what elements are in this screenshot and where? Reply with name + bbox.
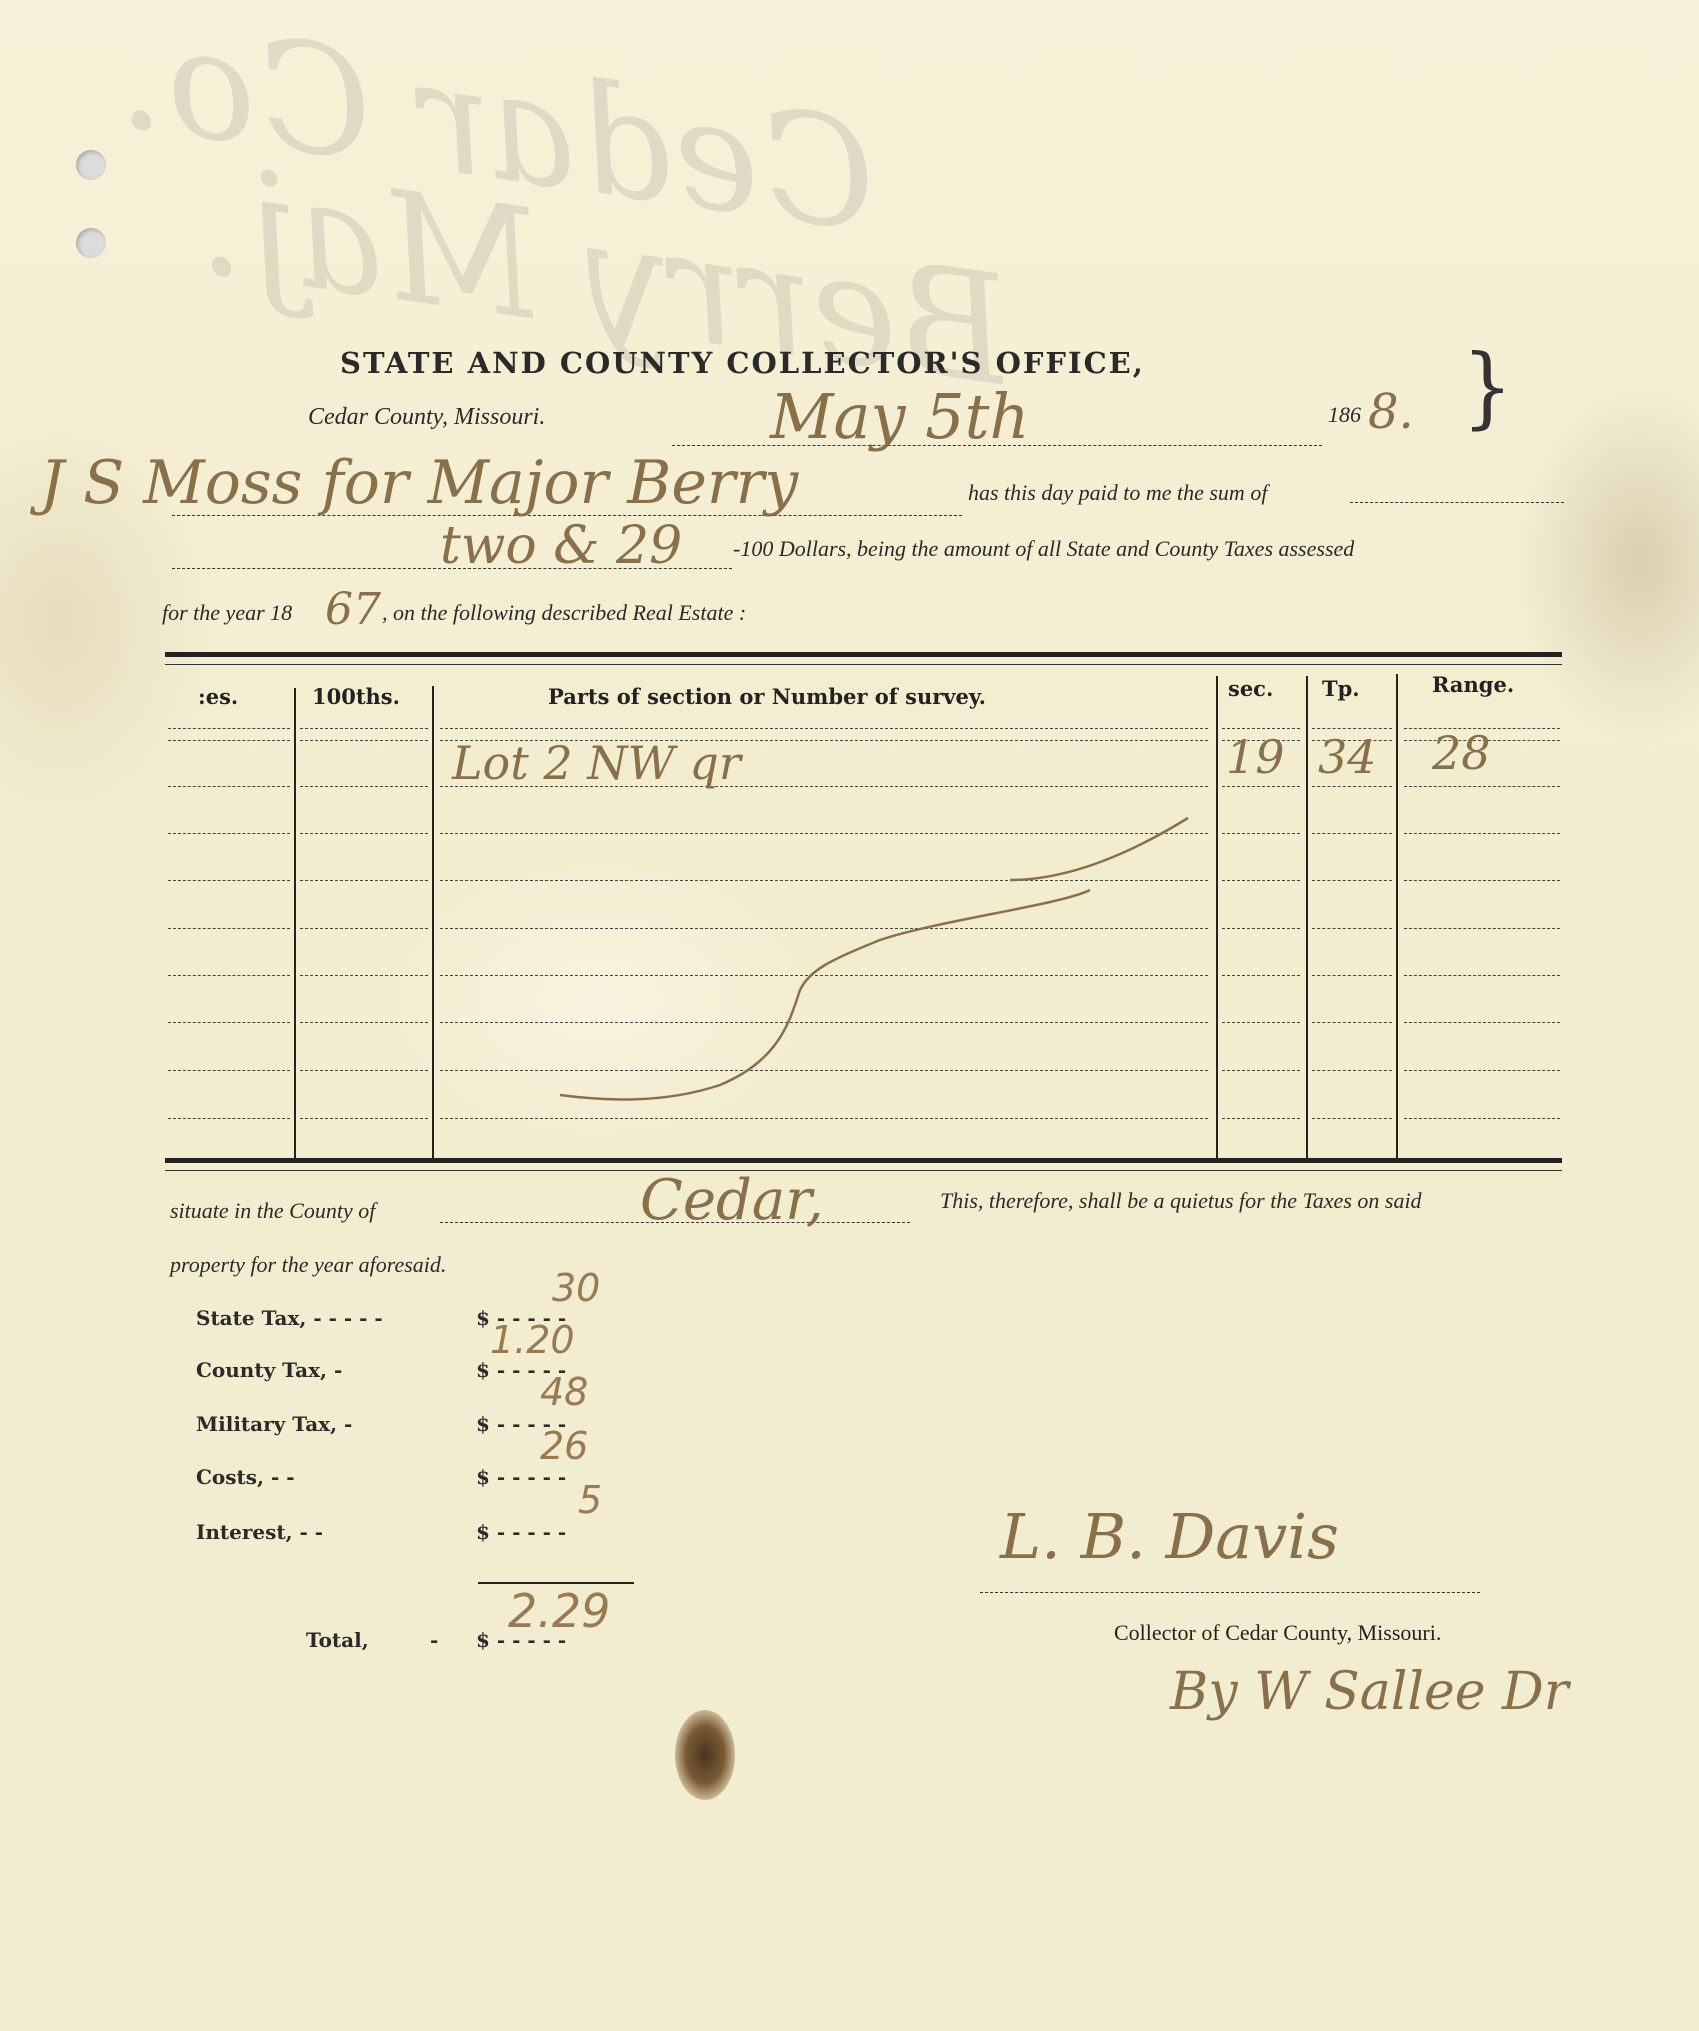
total-dash: - [430, 1628, 438, 1652]
year-prefix: 186 [1328, 402, 1361, 428]
tax-year-handwritten: 67 [325, 584, 381, 635]
table-row-line [300, 786, 428, 787]
signature-underline [980, 1592, 1480, 1593]
col-divider [1306, 676, 1308, 1158]
table-row-line [440, 728, 1208, 729]
tax-dollar-costs: $ - - - - - [476, 1465, 566, 1489]
table-row-line [1222, 928, 1300, 929]
table-row-line [1404, 928, 1560, 929]
table-row-line [1312, 728, 1392, 729]
table-row-line [1312, 1118, 1392, 1119]
amount-words-handwritten: two & 29 [440, 516, 682, 576]
tax-amount-interest: 5 [578, 1478, 602, 1522]
county-handwritten: Cedar, [640, 1168, 824, 1233]
table-row-line [300, 1070, 428, 1071]
table-row-line [1222, 786, 1300, 787]
tax-label-costs: Costs, - - [196, 1465, 295, 1489]
date-handwritten: May 5th [770, 380, 1029, 453]
row-1-tp: 34 [1318, 730, 1377, 784]
row-1-parts: Lot 2 NW qr [452, 736, 741, 790]
col-divider [1396, 674, 1398, 1158]
table-row-line [440, 1118, 1208, 1119]
table-row-line [168, 1022, 290, 1023]
table-row-line [440, 1022, 1208, 1023]
table-row-line [440, 975, 1208, 976]
table-row-line [168, 728, 290, 729]
table-row-line [300, 928, 428, 929]
table-row-line [440, 928, 1208, 929]
table-row-line [1222, 975, 1300, 976]
tax-dollar-interest: $ - - - - - [476, 1520, 566, 1544]
table-row-line [168, 928, 290, 929]
table-row-line [1312, 786, 1392, 787]
sum-underline [1350, 502, 1564, 503]
tax-amount-costs: 26 [540, 1424, 588, 1468]
tax-amount-state: 30 [552, 1266, 600, 1310]
table-row-line [440, 833, 1208, 834]
col-header-tp: Tp. [1322, 676, 1360, 701]
brace-glyph: } [1462, 335, 1513, 437]
table-row-line [300, 728, 428, 729]
collector-title: Collector of Cedar County, Missouri. [1114, 1620, 1441, 1646]
table-row-line [1404, 975, 1560, 976]
table-row-line [1404, 786, 1560, 787]
binder-hole-top [76, 150, 106, 180]
col-header-sec: sec. [1228, 676, 1273, 701]
table-row-line [300, 833, 428, 834]
row-1-sec: 19 [1226, 730, 1285, 784]
table-row-line [1312, 975, 1392, 976]
table-row-line [168, 740, 290, 741]
table-row-line [168, 833, 290, 834]
table-row-line [440, 880, 1208, 881]
table-row-line [1404, 1118, 1560, 1119]
table-row-line [1404, 1070, 1560, 1071]
table-row-line [1222, 1022, 1300, 1023]
binder-hole-bottom [76, 228, 106, 258]
ink-stain [675, 1710, 735, 1800]
table-top-thin-rule [165, 664, 1562, 665]
table-row-line [300, 740, 428, 741]
table-row-line [1404, 1022, 1560, 1023]
table-bottom-rule [165, 1158, 1562, 1163]
tax-year-suffix: , on the following described Real Estate… [382, 600, 746, 626]
payer-handwritten: J S Moss for Major Berry [40, 448, 798, 518]
table-row-line [168, 880, 290, 881]
table-row-line [300, 1118, 428, 1119]
table-row-line [1404, 833, 1560, 834]
table-row-line [1312, 1022, 1392, 1023]
table-row-line [168, 1118, 290, 1119]
total-label: Total, [306, 1628, 369, 1652]
table-row-line [1404, 880, 1560, 881]
tax-label-county: County Tax, - [196, 1358, 342, 1382]
tax-label-military: Military Tax, - [196, 1412, 352, 1436]
office-title: STATE AND COUNTY COLLECTOR'S OFFICE, [340, 346, 1145, 380]
amount-suffix-text: -100 Dollars, being the amount of all St… [733, 536, 1354, 562]
table-row-line [440, 1070, 1208, 1071]
col-header-acres: :es. [198, 684, 238, 709]
tax-amount-military: 48 [540, 1370, 588, 1414]
table-bottom-thin-rule [165, 1170, 1562, 1171]
table-row-line [1312, 1070, 1392, 1071]
table-row-line [1312, 928, 1392, 929]
situate-prefix: situate in the County of [170, 1198, 375, 1224]
col-header-parts: Parts of section or Number of survey. [548, 684, 986, 709]
tax-label-interest: Interest, - - [196, 1520, 323, 1544]
table-row-line [168, 786, 290, 787]
table-row-line [300, 880, 428, 881]
situate-line2: property for the year aforesaid. [170, 1252, 446, 1278]
tax-label-state: State Tax, - - - - - [196, 1306, 383, 1330]
table-row-line [300, 975, 428, 976]
table-row-line [168, 1070, 290, 1071]
situate-suffix: This, therefore, shall be a quietus for … [940, 1188, 1422, 1214]
year-handwritten: 8. [1368, 384, 1414, 440]
tax-year-prefix: for the year 18 [162, 600, 292, 626]
col-header-hundredths: 100ths. [312, 684, 400, 709]
table-row-line [300, 1022, 428, 1023]
table-row-line [1222, 880, 1300, 881]
table-row-line [1222, 1070, 1300, 1071]
col-header-range: Range. [1432, 672, 1514, 697]
col-divider [1216, 676, 1218, 1158]
table-row-line [1312, 880, 1392, 881]
col-divider [294, 688, 296, 1158]
table-row-line [1222, 728, 1300, 729]
col-divider [432, 686, 434, 1158]
location-label: Cedar County, Missouri. [308, 404, 545, 431]
paid-text: has this day paid to me the sum of [968, 480, 1267, 506]
tax-amount-county: 1.20 [490, 1318, 575, 1362]
table-row-line [1222, 833, 1300, 834]
collector-signature: L. B. Davis [1000, 1500, 1339, 1573]
table-top-rule [165, 652, 1562, 657]
total-amount: 2.29 [508, 1584, 610, 1638]
row-1-range: 28 [1432, 726, 1491, 780]
table-row-line [168, 975, 290, 976]
table-row-line [1312, 833, 1392, 834]
deputy-signature: By W Sallee Dr [1170, 1662, 1569, 1722]
table-row-line [1222, 1118, 1300, 1119]
